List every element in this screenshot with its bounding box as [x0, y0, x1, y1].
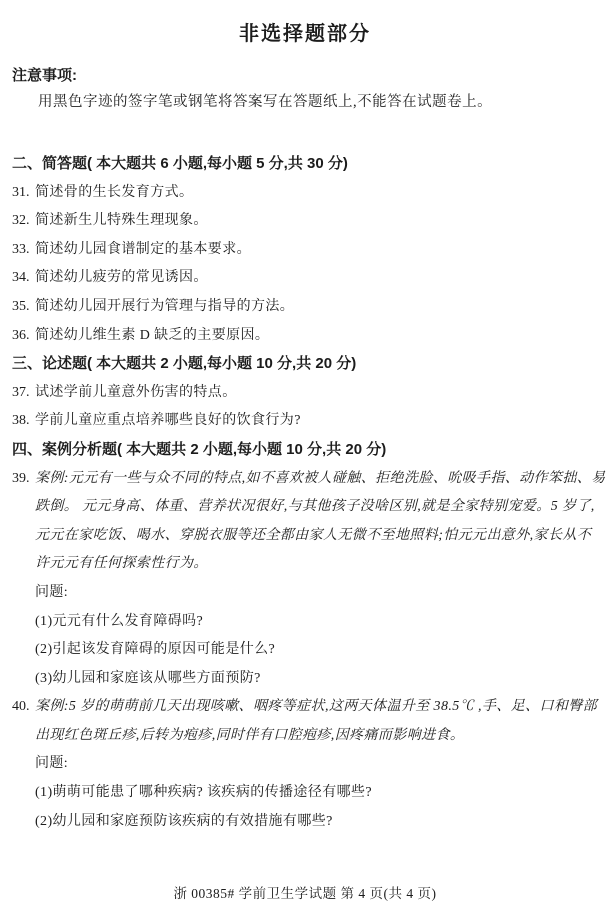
question-33: 33. 简述幼儿园食谱制定的基本要求。 [12, 236, 598, 265]
question-number: 40. [12, 693, 35, 722]
question-number: 38. [12, 407, 35, 436]
question-prompt: 问题: [12, 750, 598, 779]
question-number: 32. [12, 207, 35, 236]
question-prompt: 问题: [12, 579, 598, 608]
section-heading-short-answer: 二、简答题( 本大题共 6 小题,每小题 5 分,共 30 分) [12, 150, 598, 179]
case-line: 案例:元元有一些与众不同的特点,如不喜欢被人碰触、拒绝洗脸、吮吸手指、动作笨拙、… [35, 465, 606, 494]
question-number: 35. [12, 293, 35, 322]
question-34: 34. 简述幼儿疲劳的常见诱因。 [12, 264, 598, 293]
question-text: 简述新生儿特殊生理现象。 [35, 207, 598, 236]
question-number: 36. [12, 322, 35, 351]
question-39: 39. 案例:元元有一些与众不同的特点,如不喜欢被人碰触、拒绝洗脸、吮吸手指、动… [12, 465, 598, 494]
question-40: 40. 案例:5 岁的萌萌前几天出现咳嗽、咽疼等症状,这两天体温升至 38.5℃… [12, 693, 598, 722]
case-line: 案例:5 岁的萌萌前几天出现咳嗽、咽疼等症状,这两天体温升至 38.5℃ ,手、… [35, 693, 598, 722]
page-title: 非选择题部分 [12, 20, 598, 48]
page-footer: 浙 00385# 学前卫生学试题 第 4 页(共 4 页) [0, 882, 610, 902]
question-text: 简述幼儿疲劳的常见诱因。 [35, 264, 598, 293]
case-line: 出现红色斑丘疹,后转为疱疹,同时伴有口腔疱疹,因疼痛而影响进食。 [12, 722, 598, 751]
question-number: 34. [12, 264, 35, 293]
question-text: 简述骨的生长发育方式。 [35, 179, 598, 208]
question-31: 31. 简述骨的生长发育方式。 [12, 179, 598, 208]
question-35: 35. 简述幼儿园开展行为管理与指导的方法。 [12, 293, 598, 322]
question-number: 37. [12, 379, 35, 408]
question-37: 37. 试述学前儿童意外伤害的特点。 [12, 379, 598, 408]
exam-paper-page: 非选择题部分 注意事项: 用黑色字迹的签字笔或钢笔将答案写在答题纸上,不能答在试… [0, 0, 610, 922]
section-heading-essay: 三、论述题( 本大题共 2 小题,每小题 10 分,共 20 分) [12, 350, 598, 379]
question-text: 简述幼儿园食谱制定的基本要求。 [35, 236, 598, 265]
sub-question: (3)幼儿园和家庭该从哪些方面预防? [12, 665, 598, 694]
question-number: 31. [12, 179, 35, 208]
question-list: 二、简答题( 本大题共 6 小题,每小题 5 分,共 30 分) 31. 简述骨… [12, 150, 598, 836]
question-text: 学前儿童应重点培养哪些良好的饮食行为? [35, 407, 598, 436]
question-text: 试述学前儿童意外伤害的特点。 [35, 379, 598, 408]
question-36: 36. 简述幼儿维生素 D 缺乏的主要原因。 [12, 322, 598, 351]
notice-body: 用黑色字迹的签字笔或钢笔将答案写在答题纸上,不能答在试题卷上。 [12, 88, 598, 116]
section-heading-case-analysis: 四、案例分析题( 本大题共 2 小题,每小题 10 分,共 20 分) [12, 436, 598, 465]
question-text: 简述幼儿维生素 D 缺乏的主要原因。 [35, 322, 598, 351]
case-line: 元元在家吃饭、喝水、穿脱衣服等还全都由家人无微不至地照料;怕元元出意外,家长从不 [12, 522, 598, 551]
sub-question: (2)引起该发育障碍的原因可能是什么? [12, 636, 598, 665]
question-number: 39. [12, 465, 35, 494]
question-number: 33. [12, 236, 35, 265]
question-32: 32. 简述新生儿特殊生理现象。 [12, 207, 598, 236]
notice-heading: 注意事项: [12, 64, 598, 88]
sub-question: (2)幼儿园和家庭预防该疾病的有效措施有哪些? [12, 808, 598, 837]
page-content: 非选择题部分 注意事项: 用黑色字迹的签字笔或钢笔将答案写在答题纸上,不能答在试… [0, 0, 610, 836]
sub-question: (1)元元有什么发育障碍吗? [12, 608, 598, 637]
case-line: 许元元有任何探索性行为。 [12, 550, 598, 579]
sub-question: (1)萌萌可能患了哪种疾病? 该疾病的传播途径有哪些? [12, 779, 598, 808]
question-38: 38. 学前儿童应重点培养哪些良好的饮食行为? [12, 407, 598, 436]
question-text: 简述幼儿园开展行为管理与指导的方法。 [35, 293, 598, 322]
case-line: 跌倒。 元元身高、体重、营养状况很好,与其他孩子没啥区别,就是全家特别宠爱。5 … [12, 493, 598, 522]
